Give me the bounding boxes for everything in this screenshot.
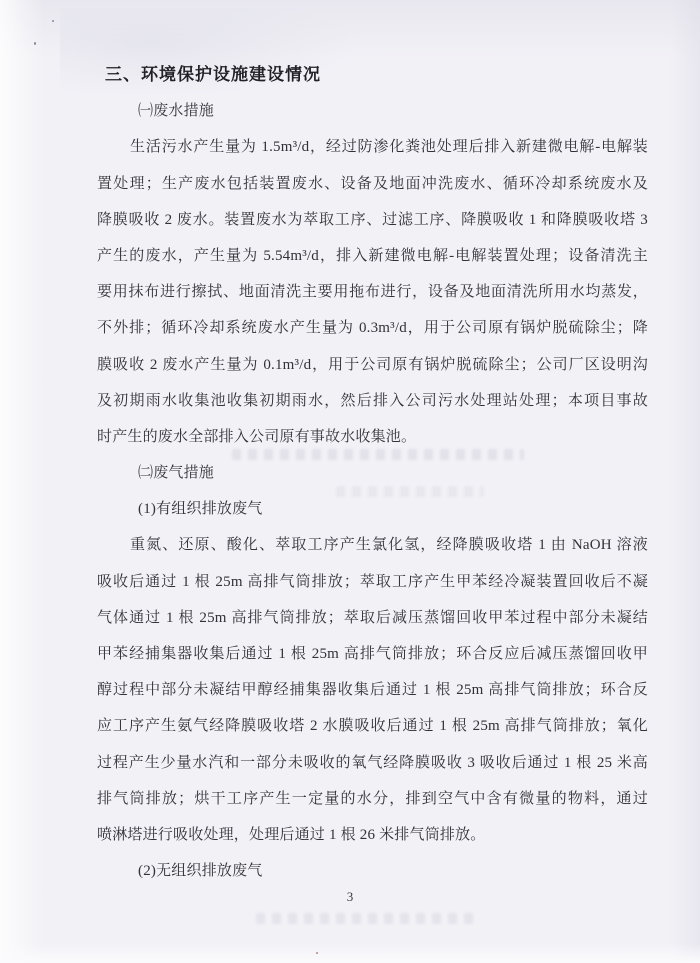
organized-emission-line: 吸收后通过 1 根 25m 高排气筒排放；萃取工序产生甲苯经冷凝装置回收后不凝 [97, 564, 648, 600]
organized-emission-line: 气体通过 1 根 25m 高排气筒排放；萃取后减压蒸馏回收甲苯过程中部分未凝结 [97, 600, 648, 636]
wastewater-line: 时产生的废水全部排入公司原有事故水收集池。 [97, 419, 648, 455]
paper-speck [316, 952, 318, 954]
wastewater-line: 降膜吸收 2 废水。装置废水为萃取工序、过滤工序、降膜吸收 1 和降膜吸收塔 3 [97, 202, 648, 238]
wastewater-line: 不外排；循环冷却系统废水产生量为 0.3m³/d，用于公司原有锅炉脱硫除尘；降 [97, 310, 648, 346]
organized-emission-line: 排气筒排放；烘干工序产生一定量的水分，排到空气中含有微量的物料，通过 [97, 781, 648, 817]
paper-speck [52, 20, 54, 22]
scanned-document-page: 三、环境保护设施建设情况 ㈠废水措施 生活污水产生量为 1.5m³/d，经过防渗… [0, 0, 700, 963]
organized-emission-line: 应工序产生氨气经降膜吸收塔 2 水膜吸收后通过 1 根 25m 高排气筒排放；氧… [97, 708, 648, 744]
wastewater-line: 膜吸收 2 废水产生量为 0.1m³/d，用于公司原有锅炉脱硫除尘；公司厂区设明… [97, 347, 648, 383]
organized-emission-line: 喷淋塔进行吸收处理，处理后通过 1 根 26 米排气筒排放。 [97, 817, 648, 853]
paper-shading-right [670, 0, 700, 963]
wastewater-subheading: ㈠废水措施 [138, 93, 648, 129]
organized-emission-line: 甲苯经捕集器收集后通过 1 根 25m 高排气筒排放；环合反应后减压蒸馏回收甲 [97, 636, 648, 672]
paper-shading-bottom [0, 943, 700, 963]
wastewater-line: 要用抹布进行擦拭、地面清洗主要用拖布进行，设备及地面清洗所用水均蒸发， [97, 274, 648, 310]
organized-emission-line: 重氮、还原、酸化、萃取工序产生氯化氢，经降膜吸收塔 1 由 NaOH 溶液 [97, 527, 648, 563]
unorganized-emission-subheading: (2)无组织排放废气 [138, 853, 648, 889]
waste-gas-subheading: ㈡废气措施 [138, 455, 648, 491]
section-heading: 三、环境保护设施建设情况 [105, 57, 648, 93]
wastewater-line: 生活污水产生量为 1.5m³/d，经过防渗化粪池处理后排入新建微电解-电解装 [97, 129, 648, 165]
wastewater-line: 置处理；生产废水包括装置废水、设备及地面冲洗废水、循环冷却系统废水及 [97, 166, 648, 202]
paper-shading-top [0, 0, 700, 58]
document-body: 三、环境保护设施建设情况 ㈠废水措施 生活污水产生量为 1.5m³/d，经过防渗… [97, 57, 648, 889]
organized-emission-line: 醇过程中部分未凝结甲醇经捕集器收集后通过 1 根 25m 高排气筒排放；环合反 [97, 672, 648, 708]
ink-bleedthrough-band [256, 913, 480, 924]
paper-speck [34, 42, 36, 45]
paper-shading-left [0, 0, 44, 963]
organized-emission-subheading: (1)有组织排放废气 [138, 491, 648, 527]
organized-emission-line: 过程产生少量水汽和一部分未吸收的氧气经降膜吸收 3 吸收后通过 1 根 25 米… [97, 745, 648, 781]
page-number: 3 [0, 889, 700, 905]
wastewater-line: 及初期雨水收集池收集初期雨水，然后排入公司污水处理站处理；本项目事故 [97, 383, 648, 419]
wastewater-line: 产生的废水，产生量为 5.54m³/d，排入新建微电解-电解装置处理；设备清洗主 [97, 238, 648, 274]
